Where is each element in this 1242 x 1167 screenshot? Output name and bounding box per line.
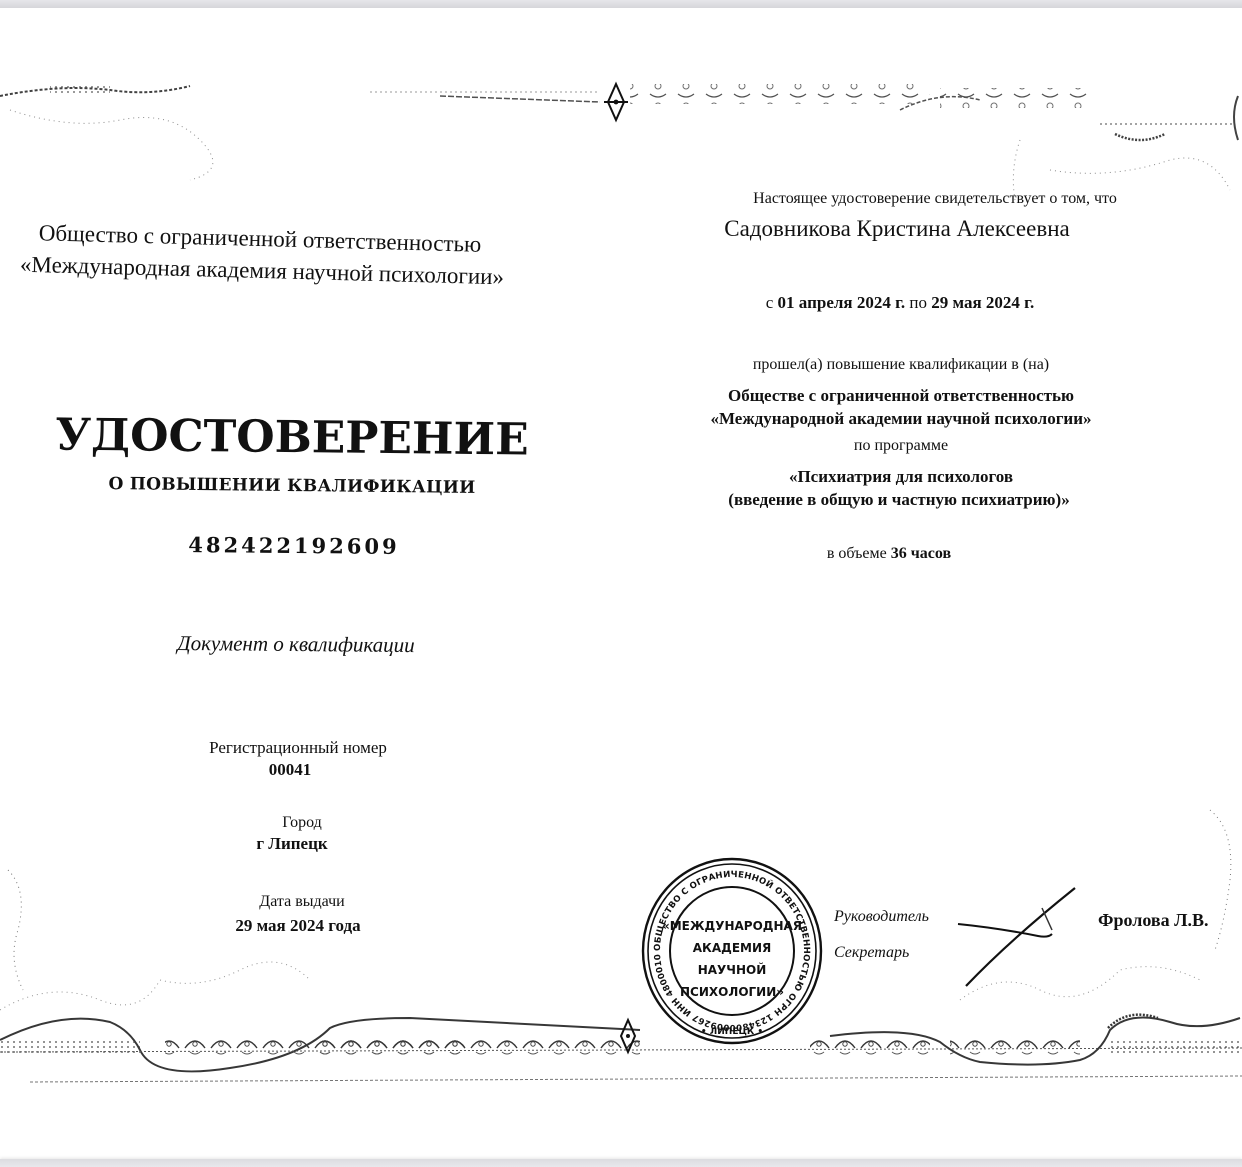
certificate-intro: Настоящее удостоверение свидетельствует … [753, 190, 1117, 208]
role-secretary-label: Секретарь [834, 944, 909, 962]
certificate-number: 482422192609 [188, 532, 400, 559]
seal-center-line1: «МЕЖДУНАРОДНАЯ [662, 919, 802, 933]
seal-center-line3: НАУЧНОЙ [698, 962, 767, 977]
issue-date-value: 29 мая 2024 года [235, 916, 360, 936]
institution-line1: Обществе с ограниченной ответственностью [728, 386, 1074, 406]
document-title: УДОСТОВЕРЕНИЕ [55, 410, 529, 466]
organization-seal: ОБЩЕСТВО С ОГРАНИЧЕННОЙ ОТВЕТСТВЕННОСТЬЮ… [640, 856, 824, 1046]
seal-center-line2: АКАДЕМИЯ [693, 941, 772, 955]
passed-text: прошел(а) повышение квалификации в (на) [753, 356, 1049, 374]
institution-line2: «Международной академии научной психолог… [710, 409, 1091, 429]
period-from: 01 апреля 2024 г. [778, 293, 906, 312]
program-label: по программе [854, 437, 948, 455]
program-hours: в объеме 36 часов [827, 545, 951, 563]
holder-name: Садовникова Кристина Алексеевна [724, 216, 1069, 242]
city-value: г Липецк [256, 834, 327, 854]
role-head-label: Руководитель [834, 908, 929, 926]
period-from-prefix: с [766, 293, 774, 312]
registration-number: 00041 [269, 760, 312, 780]
bottom-frame-bar [0, 1159, 1242, 1167]
top-frame-bar [0, 0, 1242, 8]
document-kind: Документ о квалификации [177, 631, 415, 658]
hours-prefix: в объеме [827, 545, 887, 562]
period-to-prefix: по [909, 293, 927, 312]
issue-date-label: Дата выдачи [259, 893, 344, 911]
period-to: 29 мая 2024 г. [931, 293, 1034, 312]
program-name-line1: «Психиатрия для психологов [789, 467, 1013, 487]
seal-center-line4: ПСИХОЛОГИИ» [680, 985, 784, 999]
study-period: с 01 апреля 2024 г. по 29 мая 2024 г. [766, 293, 1034, 313]
hours-value: 36 часов [891, 545, 951, 562]
city-label: Город [282, 814, 322, 832]
signature-mark [950, 880, 1090, 990]
document-subtitle: О ПОВЫШЕНИИ КВАЛИФИКАЦИИ [108, 474, 475, 498]
program-name-line2: (введение в общую и частную психиатрию)» [728, 490, 1069, 510]
signer-name: Фролова Л.В. [1098, 910, 1209, 931]
registration-label: Регистрационный номер [209, 738, 387, 758]
seal-bottom-text: • ЛИПЕЦК • [701, 1027, 763, 1037]
